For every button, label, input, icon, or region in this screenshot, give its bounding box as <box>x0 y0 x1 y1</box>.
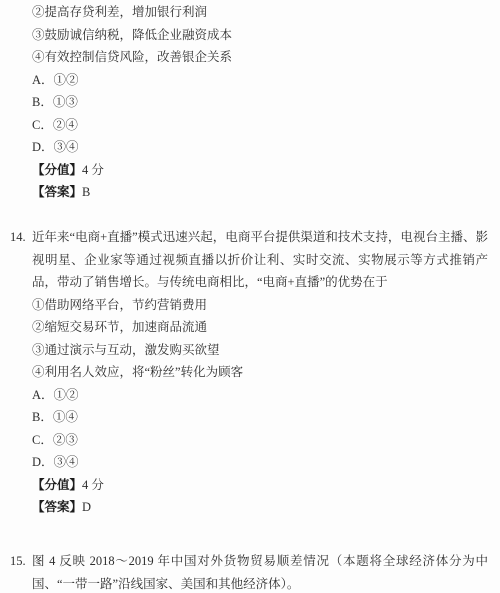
q15-stem-text: 图 4 反映 2018～2019 年中国对外货物贸易顺差情况（本题将全球经济体分… <box>32 554 488 591</box>
q14-number: 14. <box>10 226 26 249</box>
q14-option-a: A．①② <box>10 384 488 407</box>
q13-answer-value: B <box>82 185 90 199</box>
q14-option-d: D．③④ <box>10 451 488 474</box>
q14-option-b: B．①④ <box>10 406 488 429</box>
q14-stem: 14.近年来“电商+直播”模式迅速兴起，电商平台提供渠道和技术支持，电视台主播、… <box>10 226 488 294</box>
q13-score-value: 4 分 <box>82 163 104 177</box>
q13-answer-label: 【答案】 <box>32 185 82 199</box>
q14-score-line: 【分值】4 分 <box>10 474 488 497</box>
q15-number: 15. <box>10 550 26 573</box>
question-15-start: 15.图 4 反映 2018～2019 年中国对外货物贸易顺差情况（本题将全球经… <box>10 550 488 593</box>
q14-statement-1: ①借助网络平台，节约营销费用 <box>10 294 488 317</box>
q13-answer-line: 【答案】B <box>10 181 488 204</box>
q13-score-label: 【分值】 <box>32 163 82 177</box>
q13-statement-2: ②提高存贷利差，增加银行利润 <box>10 1 488 24</box>
q14-statement-3: ③通过演示与互动，激发购买欲望 <box>10 339 488 362</box>
q13-score-line: 【分值】4 分 <box>10 159 488 182</box>
question-13-fragment: ②提高存贷利差，增加银行利润 ③鼓励诚信纳税，降低企业融资成本 ④有效控制信贷风… <box>10 1 488 204</box>
q14-option-c: C．②③ <box>10 429 488 452</box>
q15-stem: 15.图 4 反映 2018～2019 年中国对外货物贸易顺差情况（本题将全球经… <box>10 550 488 593</box>
q14-answer-value: D <box>82 500 91 514</box>
exam-document-page: ②提高存贷利差，增加银行利润 ③鼓励诚信纳税，降低企业融资成本 ④有效控制信贷风… <box>0 0 500 593</box>
q14-statement-4: ④利用名人效应，将“粉丝”转化为顾客 <box>10 361 488 384</box>
q13-statement-4: ④有效控制信贷风险，改善银企关系 <box>10 46 488 69</box>
q13-option-c: C．②④ <box>10 114 488 137</box>
q13-option-d: D．③④ <box>10 136 488 159</box>
q14-answer-label: 【答案】 <box>32 500 82 514</box>
q13-option-b: B．①③ <box>10 91 488 114</box>
q13-option-a: A．①② <box>10 69 488 92</box>
question-14: 14.近年来“电商+直播”模式迅速兴起，电商平台提供渠道和技术支持，电视台主播、… <box>10 226 488 519</box>
q13-statement-3: ③鼓励诚信纳税，降低企业融资成本 <box>10 24 488 47</box>
q14-answer-line: 【答案】D <box>10 496 488 519</box>
q14-stem-text: 近年来“电商+直播”模式迅速兴起，电商平台提供渠道和技术支持，电视台主播、影视明… <box>32 230 488 289</box>
q14-score-value: 4 分 <box>82 478 104 492</box>
q14-statement-2: ②缩短交易环节，加速商品流通 <box>10 316 488 339</box>
q14-score-label: 【分值】 <box>32 478 82 492</box>
